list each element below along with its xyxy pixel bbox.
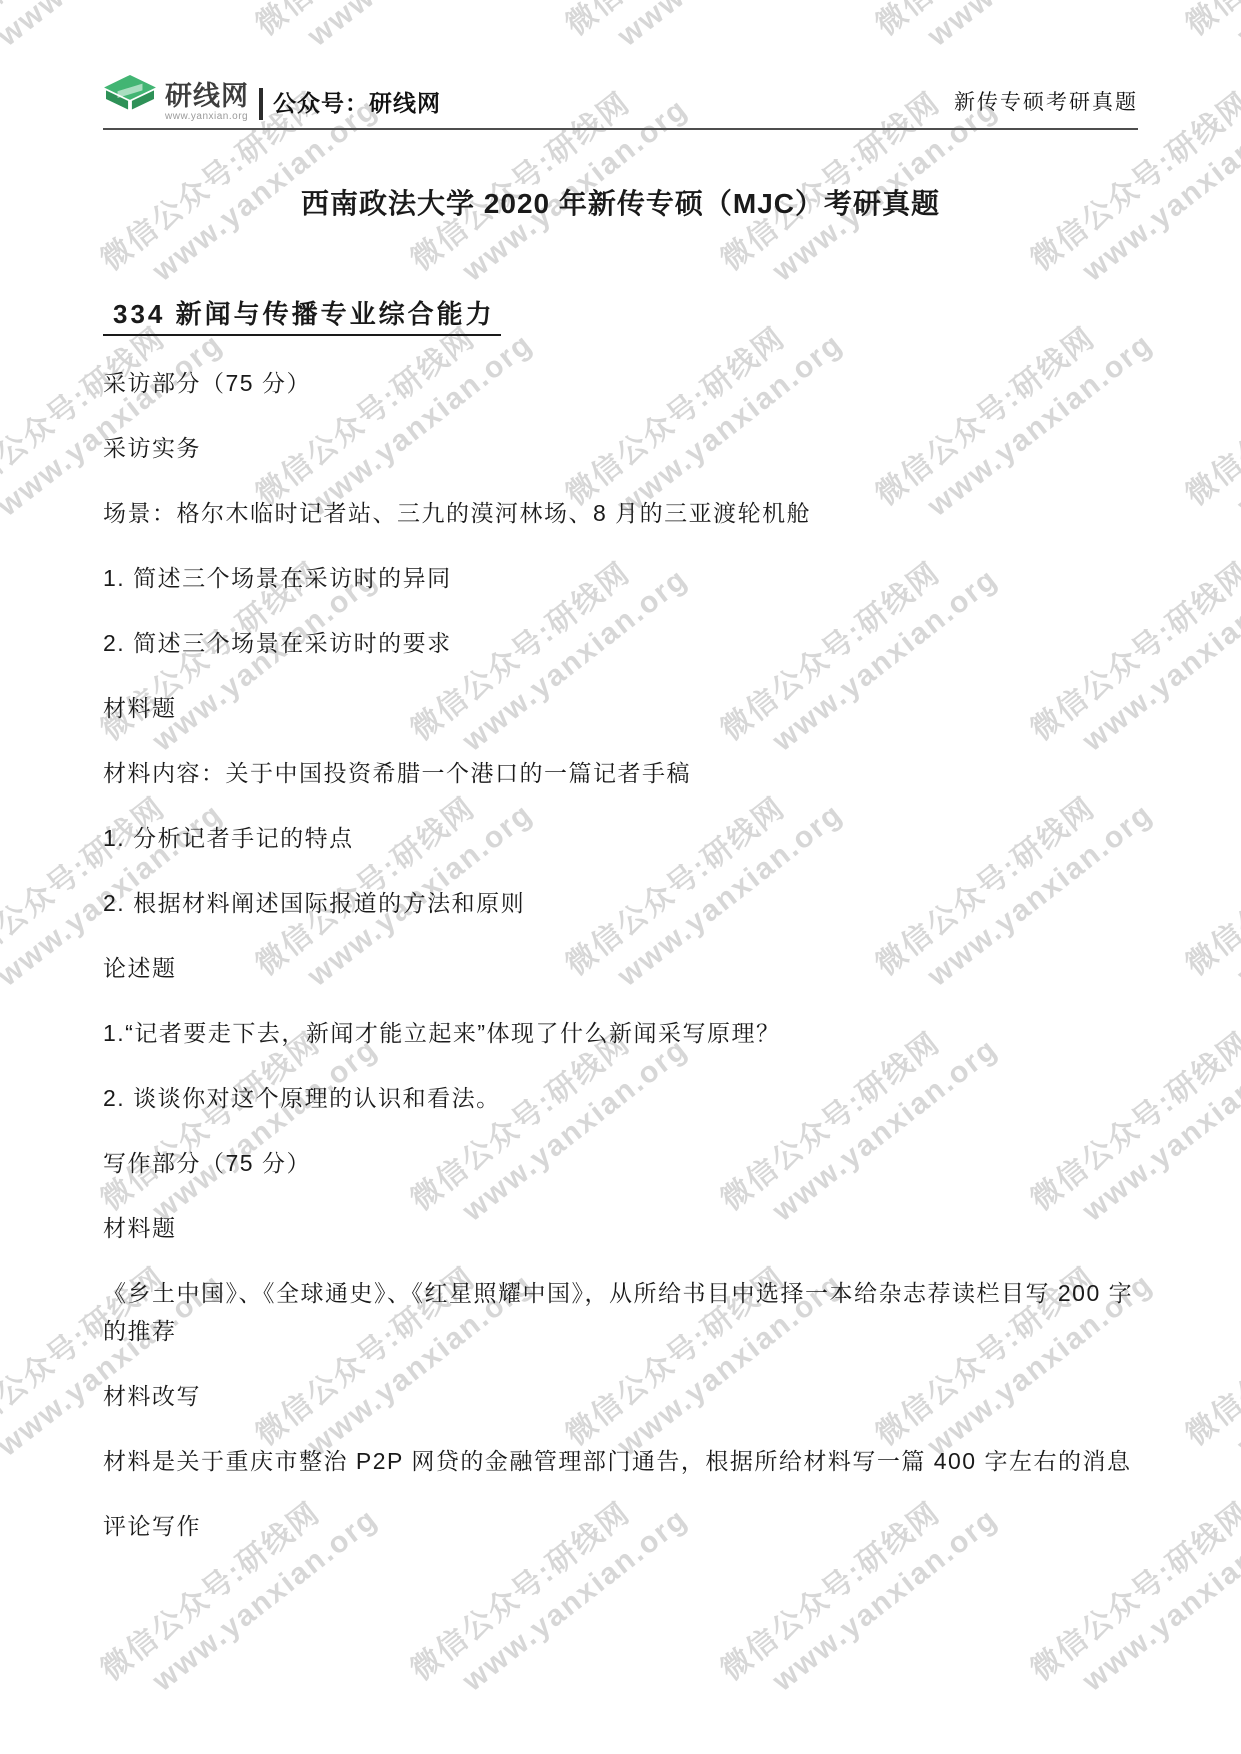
paragraph: 2. 简述三个场景在采访时的要求 <box>103 624 1138 662</box>
paragraph: 2. 根据材料阐述国际报道的方法和原则 <box>103 884 1138 922</box>
paragraph: 1.“记者要走下去，新闻才能立起来”体现了什么新闻采写原理？ <box>103 1014 1138 1052</box>
paragraph: 2. 谈谈你对这个原理的认识和看法。 <box>103 1079 1138 1117</box>
document-page: 微信公众号:研线网www.yanxian.org微信公众号:研线网www.yan… <box>0 0 1241 1754</box>
brand-url: www.yanxian.org <box>165 112 249 122</box>
paragraph: 1. 分析记者手记的特点 <box>103 819 1138 857</box>
exam-body: 采访部分（75 分） 采访实务 场景：格尔木临时记者站、三九的漠河林场、8 月的… <box>103 364 1138 1545</box>
paragraph: 材料改写 <box>103 1377 1138 1415</box>
section-heading: 334 新闻与传播专业综合能力 <box>103 294 1138 336</box>
yanxian-logo-icon <box>103 74 157 122</box>
paragraph: 1. 简述三个场景在采访时的异同 <box>103 559 1138 597</box>
paragraph: 材料题 <box>103 689 1138 727</box>
paragraph: 采访部分（75 分） <box>103 364 1138 402</box>
brand-text: 研线网 www.yanxian.org <box>165 83 249 122</box>
header-right-title: 新传专硕考研真题 <box>954 86 1138 122</box>
brand-name: 研线网 <box>165 83 249 110</box>
paragraph: 写作部分（75 分） <box>103 1144 1138 1182</box>
paragraph: 采访实务 <box>103 429 1138 467</box>
page-header: 研线网 www.yanxian.org 公众号：研线网 新传专硕考研真题 <box>103 78 1138 130</box>
wechat-account-label: 公众号：研线网 <box>273 85 441 122</box>
paragraph: 评论写作 <box>103 1507 1138 1545</box>
section-heading-text: 334 新闻与传播专业综合能力 <box>103 294 501 336</box>
paragraph: 论述题 <box>103 949 1138 987</box>
paragraph: 材料题 <box>103 1209 1138 1247</box>
paragraph: 场景：格尔木临时记者站、三九的漠河林场、8 月的三亚渡轮机舱 <box>103 494 1138 532</box>
brand-divider <box>259 88 263 120</box>
paragraph: 材料内容：关于中国投资希腊一个港口的一篇记者手稿 <box>103 754 1138 792</box>
page-title: 西南政法大学 2020 年新传专硕（MJC）考研真题 <box>103 186 1138 222</box>
paragraph: 材料是关于重庆市整治 P2P 网贷的金融管理部门通告，根据所给材料写一篇 400… <box>103 1442 1138 1480</box>
brand-block: 研线网 www.yanxian.org 公众号：研线网 <box>103 74 441 122</box>
page-content: 研线网 www.yanxian.org 公众号：研线网 新传专硕考研真题 西南政… <box>0 0 1241 1545</box>
paragraph: 《乡土中国》、《全球通史》、《红星照耀中国》，从所给书目中选择一本给杂志荐读栏目… <box>103 1274 1138 1350</box>
